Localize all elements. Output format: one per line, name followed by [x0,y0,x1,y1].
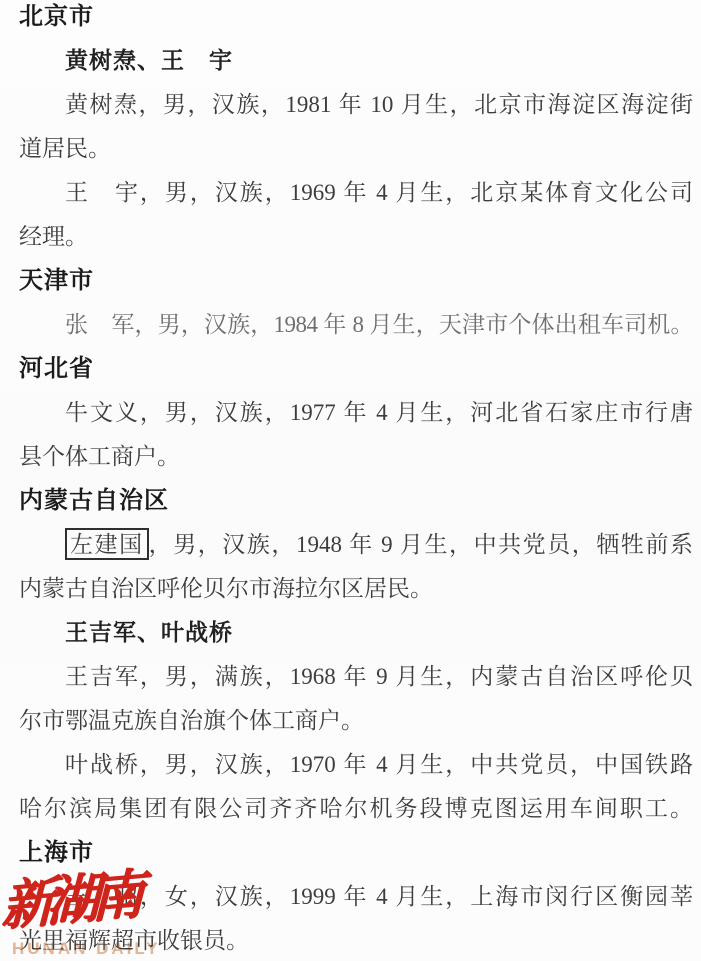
section-heading-tianjin: 天津市 [19,259,693,303]
para-yezhanqiao-line-2: 哈尔滨局集团有限公司齐齐哈尔机务段博克图运用车间职工。 [19,787,693,831]
para-shanghai-line-1: 王 昭，女，汉族，1999 年 4 月生，上海市闵行区衡园莘 [19,875,693,919]
section-heading-shanghai: 上海市 [19,831,693,875]
para-huangshutao-line-2: 道居民。 [19,127,693,171]
section-heading-hebei: 河北省 [19,347,693,391]
para-yezhanqiao-line-1: 叶战桥，男，汉族，1970 年 4 月生，中共党员，中国铁路 [19,743,693,787]
names-line-beijing: 黄树焘、王 宇 [19,39,693,83]
para-niuwenyi-line-2: 县个体工商户。 [19,435,693,479]
para-zuojianguo-line-2: 内蒙古自治区呼伦贝尔市海拉尔区居民。 [19,567,693,611]
section-heading-neimenggu: 内蒙古自治区 [19,479,693,523]
para-shanghai-line-2: 光里福辉超市收银员。 [19,919,693,961]
document-page: 北京市 黄树焘、王 宇 黄树焘，男，汉族，1981 年 10 月生，北京市海淀区… [0,0,701,961]
para-text: ，女，汉族，1999 年 4 月生，上海市闵行区衡园莘 [140,884,693,909]
para-wangyu-line-2: 经理。 [19,215,693,259]
document-body: 北京市 黄树焘、王 宇 黄树焘，男，汉族，1981 年 10 月生，北京市海淀区… [19,0,693,961]
para-wangjijun-line-1: 王吉军，男，满族，1968 年 9 月生，内蒙古自治区呼伦贝 [19,655,693,699]
obscured-name: 王 昭 [65,884,140,909]
boxed-name-zuojianguo: 左建国 [65,528,149,560]
para-huangshutao-line-1: 黄树焘，男，汉族，1981 年 10 月生，北京市海淀区海淀街 [19,83,693,127]
para-zuojianguo-line-1: 左建国，男，汉族，1948 年 9 月生，中共党员，牺牲前系 [19,523,693,567]
names-line-neimenggu: 王吉军、叶战桥 [19,611,693,655]
para-text: ，男，汉族，1948 年 9 月生，中共党员，牺牲前系 [149,532,693,557]
para-zhangjun: 张 军，男，汉族，1984 年 8 月生，天津市个体出租车司机。 [19,303,693,347]
section-heading-beijing: 北京市 [19,0,693,39]
para-wangyu-line-1: 王 宇，男，汉族，1969 年 4 月生，北京某体育文化公司 [19,171,693,215]
para-wangjijun-line-2: 尔市鄂温克族自治旗个体工商户。 [19,699,693,743]
para-niuwenyi-line-1: 牛文义，男，汉族，1977 年 4 月生，河北省石家庄市行唐 [19,391,693,435]
